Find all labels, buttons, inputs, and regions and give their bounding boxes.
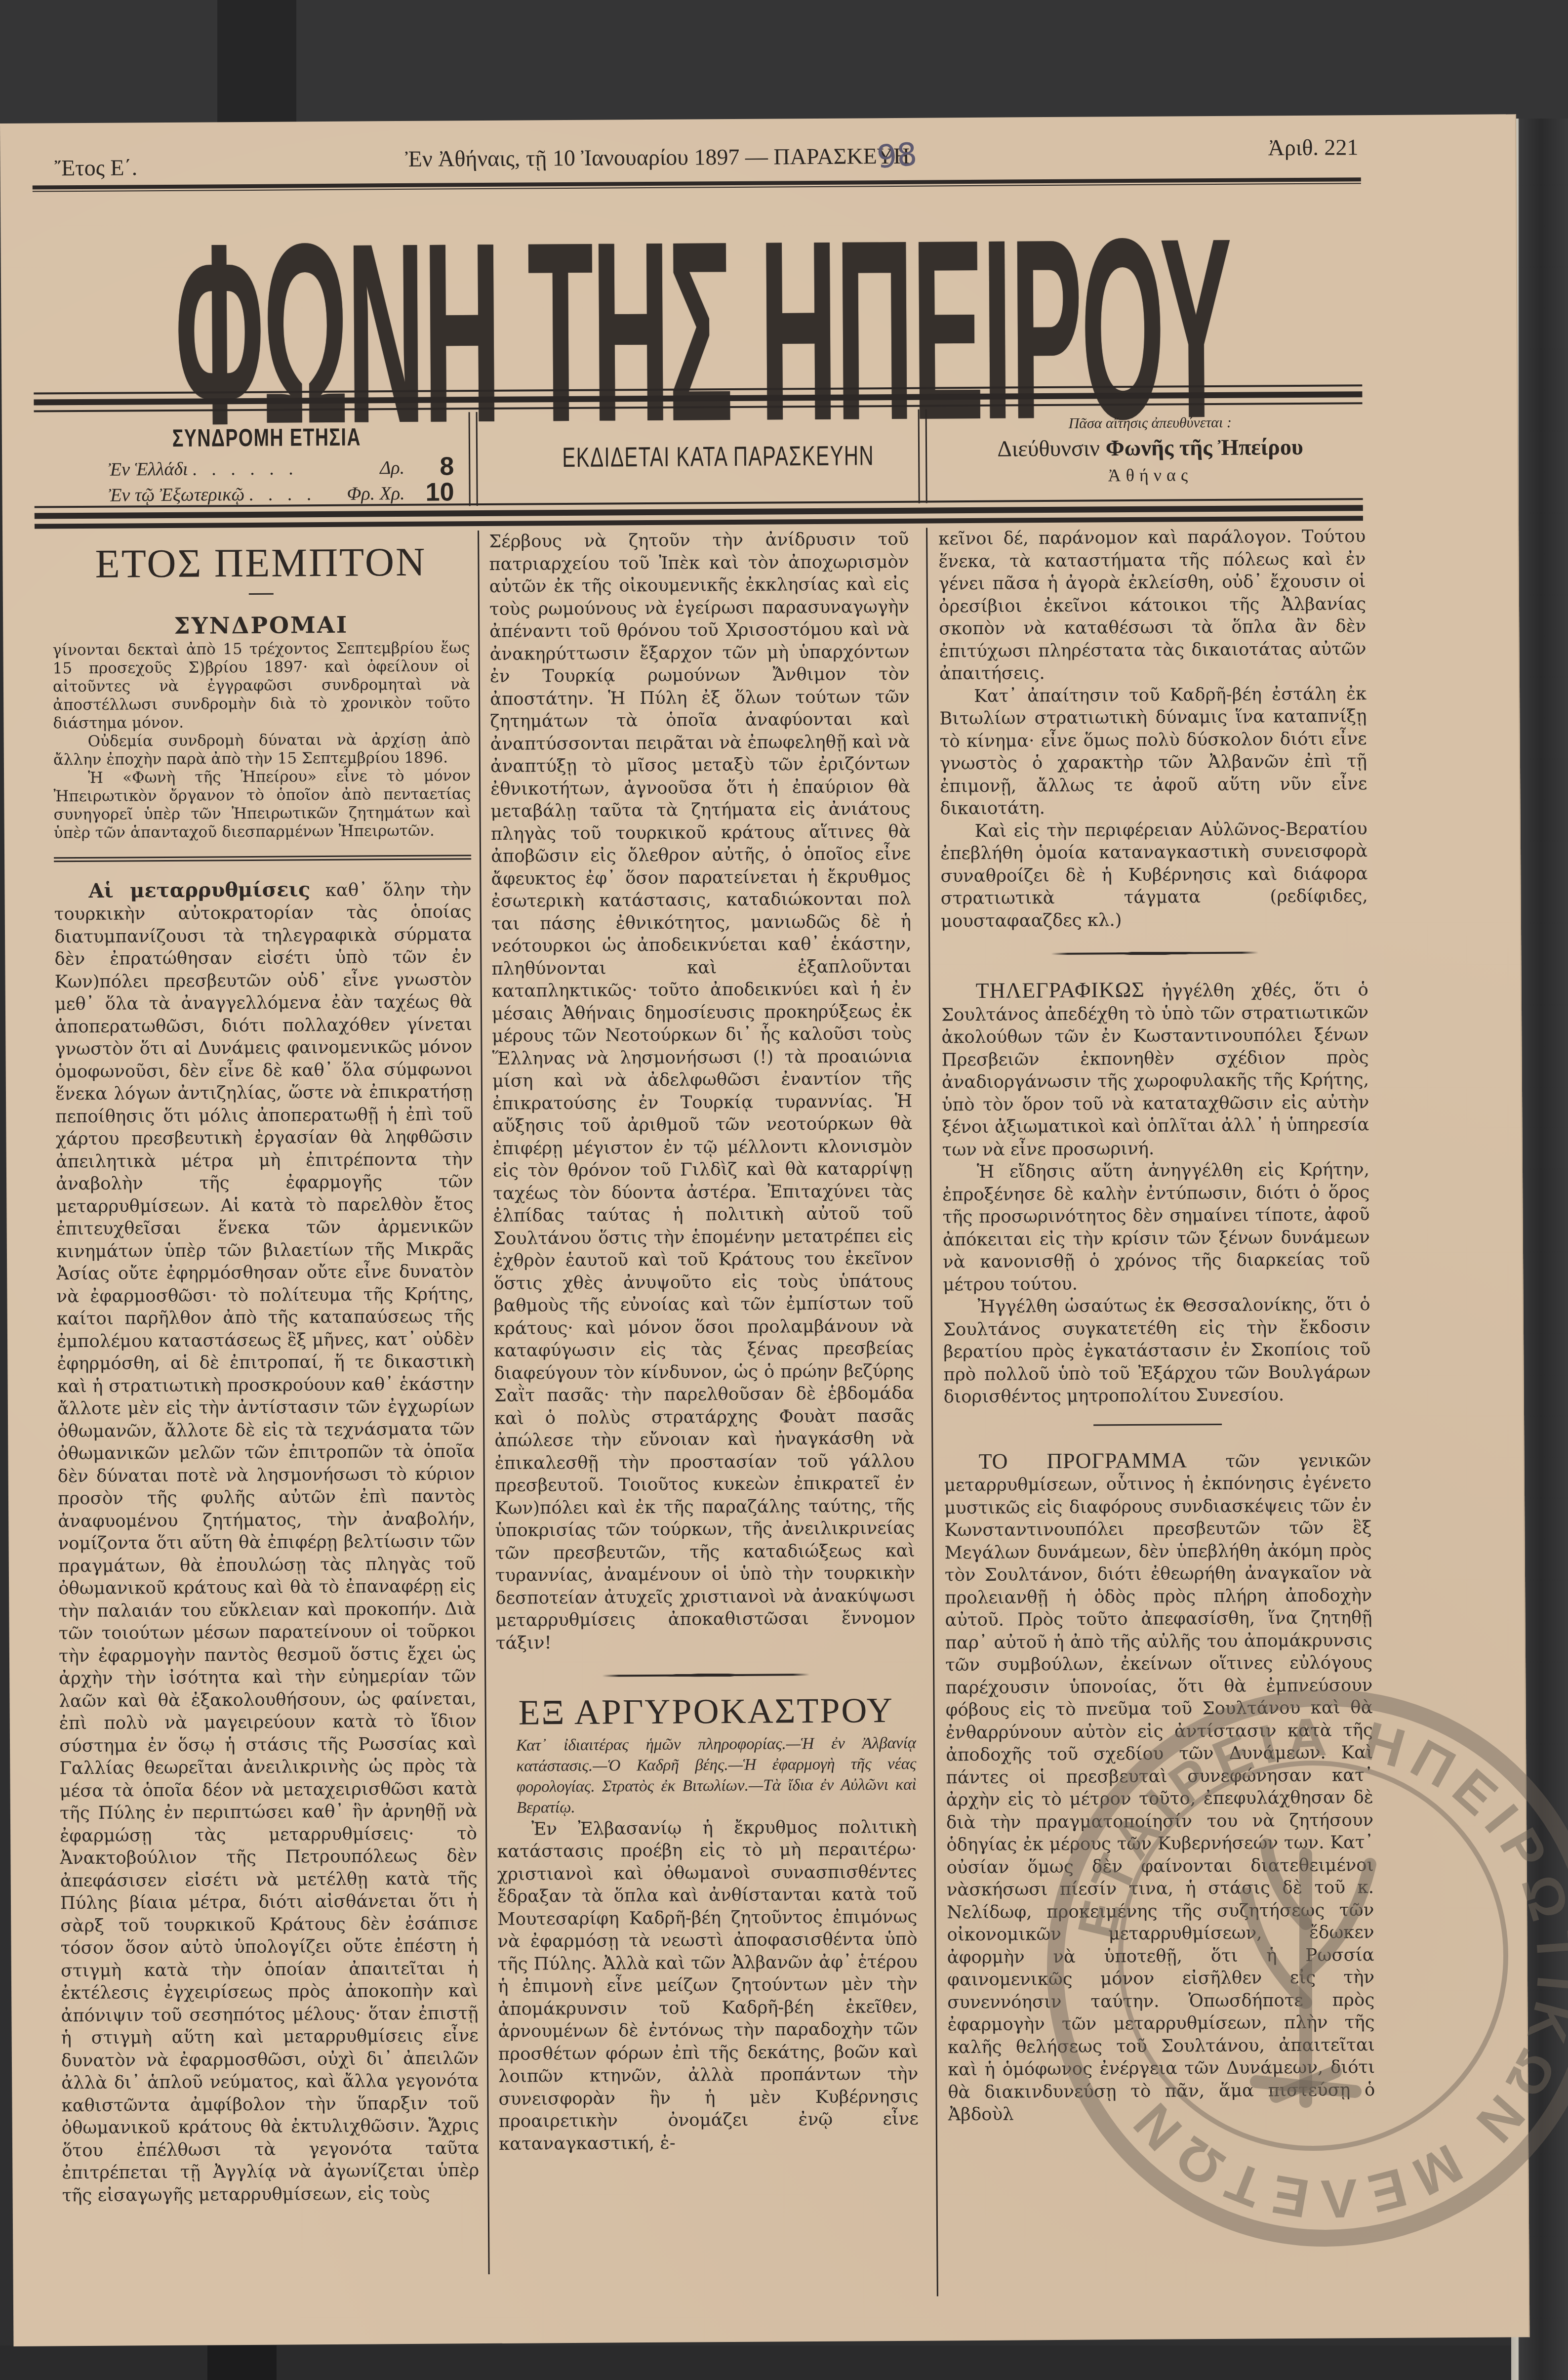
column-1: ΕΤΟΣ ΠΕΜΠΤΟΝ ΣΥΝΔΡΟΜΑΙ γίνονται δεκταὶ ἀ… xyxy=(52,531,480,2207)
subscription-title: ΣΥΝΔΡΟΜΗ ΕΤΗΣΙΑ xyxy=(172,423,361,452)
article-continuation: κεῖνοι δέ, παράνομον καὶ παράλογον. Τούτ… xyxy=(938,525,1367,685)
newspaper-page: Ἔτος Ε΄. Ἐν Ἀθήναις, τῇ 10 Ἰανουαρίου 18… xyxy=(0,114,1529,2346)
article-continuation: Σέρβους νὰ ζητοῦν τὴν ἀνίδρυσιν τοῦ πατρ… xyxy=(489,528,916,1654)
address-city: Ἀθήνας xyxy=(938,463,1363,487)
subscription-row-foreign: Ἐν τῷ Ἐξωτερικῷ . . . . Φρ. Χρ. 10 xyxy=(108,482,464,506)
year-label: Ἔτος Ε΄. xyxy=(54,154,137,181)
heading-fifth-year: ΕΤΟΣ ΠΕΜΠΤΟΝ xyxy=(52,539,470,586)
book-spine-bottom xyxy=(207,2345,277,2380)
lead-article-text: καθ᾽ ὅλην τὴν τουρκικὴν αὐτοκρατορίαν τὰ… xyxy=(54,879,480,2206)
paragraph: Ἡ εἴδησις αὕτη ἀνηγγέλθη εἰς Κρήτην, ἐπρ… xyxy=(942,1158,1370,1296)
address-box: Πᾶσα αἴτησις ἀπευθύνεται : Διεύθυνσιν Φω… xyxy=(938,411,1363,498)
column-divider xyxy=(926,528,938,2297)
ornamental-divider xyxy=(1051,949,1258,957)
subscription-box: ΣΥΝΔΡΟΜΗ ΕΤΗΣΙΑ Ἐν Ἑλλάδι . . . . . . Δρ… xyxy=(79,417,464,503)
notice-paragraph: Ἡ «Φωνὴ τῆς Ἠπείρου» εἶνε τὸ μόνον Ἠπειρ… xyxy=(53,767,471,842)
scanner-background-top xyxy=(0,0,1568,128)
notice-paragraph: Οὐδεμία συνδρομὴ δύναται νὰ ἀρχίσῃ ἀπὸ ἄ… xyxy=(53,730,471,769)
issue-date: Ἐν Ἀθήναις, τῇ 10 Ἰανουαρίου 1897 — ΠΑΡΑ… xyxy=(405,143,910,172)
address-line: Διεύθυνσιν Φωνῆς τῆς Ἠπείρου xyxy=(938,433,1363,462)
column-2: Σέρβους νὰ ζητοῦν τὴν ἀνίδρυσιν τοῦ πατρ… xyxy=(489,528,919,2155)
dateline: Ἔτος Ε΄. Ἐν Ἀθήναις, τῇ 10 Ἰανουαρίου 18… xyxy=(54,140,1358,177)
paragraph: Ἠγγέλθη ὡσαύτως ἐκ Θεσσαλονίκης, ὅτι ὁ Σ… xyxy=(943,1293,1371,1408)
paragraph: Καὶ εἰς τὴν περιφέρειαν Αὐλῶνος-Βερατίου… xyxy=(940,818,1368,933)
telegraph-lead: ΤΗΛΕΓΡΑΦΙΚΩΣ xyxy=(976,978,1145,1003)
column-3: κεῖνοι δέ, παράνομον καὶ παράλογον. Τούτ… xyxy=(938,525,1375,2126)
ornamental-divider xyxy=(602,1671,809,1680)
info-divider xyxy=(469,412,478,506)
subscriptions-heading: ΣΥΝΔΡΟΜΑΙ xyxy=(52,613,470,638)
paragraph: Κατ᾽ ἀπαίτησιν τοῦ Καδρῆ-βέη ἐστάλη ἐκ Β… xyxy=(939,683,1367,820)
section-deck: Κατ᾽ ἰδιαιτέρας ἡμῶν πληροφορίας.—Ἡ ἐν Ἀ… xyxy=(496,1732,917,1818)
scanner-background-bottom xyxy=(0,2345,1568,2380)
lead-article: Αἱ μεταρρυθμίσεις καθ᾽ ὅλην τὴν τουρκικὴ… xyxy=(54,877,479,2207)
book-spine xyxy=(217,0,296,128)
heading-rule xyxy=(248,593,273,595)
section-article: Ἐν Ἐλβασανίῳ ἡ ἔκρυθμος πολιτικὴ κατάστα… xyxy=(497,1815,919,2155)
info-divider xyxy=(918,410,927,503)
notice-paragraph: γίνονται δεκταὶ ἀπὸ 15 τρέχοντος Σεπτεμβ… xyxy=(52,639,470,733)
section-rule xyxy=(1093,1423,1222,1426)
issue-number: Ἀριθ. 221 xyxy=(1268,134,1359,161)
telegraph-news: ΤΗΛΕΓΡΑΦΙΚΩΣ ἠγγέλθη χθές, ὅτι ὁ Σουλτάν… xyxy=(941,977,1369,1161)
info-bar: ΣΥΝΔΡΟΜΗ ΕΤΗΣΙΑ Ἐν Ἑλλάδι . . . . . . Δρ… xyxy=(34,411,1363,503)
address-hint: Πᾶσα αἴτησις ἀπευθύνεται : xyxy=(938,413,1363,433)
program-news: ΤΟ ΠΡΟΓΡΑΜΜΑ τῶν γενικῶν μεταρρυθμίσεων,… xyxy=(944,1448,1375,2126)
handwritten-page-number: 98 xyxy=(876,136,919,176)
program-lead: ΤΟ ΠΡΟΓΡΑΜΜΑ xyxy=(978,1448,1187,1474)
price-foreign: 10 xyxy=(426,477,454,507)
publication-frequency: ΕΚΔΙΔΕΤΑΙ ΚΑΤΑ ΠΑΡΑΣΚΕΥΗΝ xyxy=(562,440,840,473)
column-divider xyxy=(478,531,490,2274)
lead-article-title: Αἱ μεταρρυθμίσεις xyxy=(88,878,310,903)
subscription-row-domestic: Ἐν Ἑλλάδι . . . . . . Δρ. 8 xyxy=(108,456,464,480)
section-rule xyxy=(54,855,471,862)
section-heading-argyrokastro: ΕΞ ΑΡΓΥΡΟΚΑΣΤΡΟΥ xyxy=(496,1699,916,1724)
